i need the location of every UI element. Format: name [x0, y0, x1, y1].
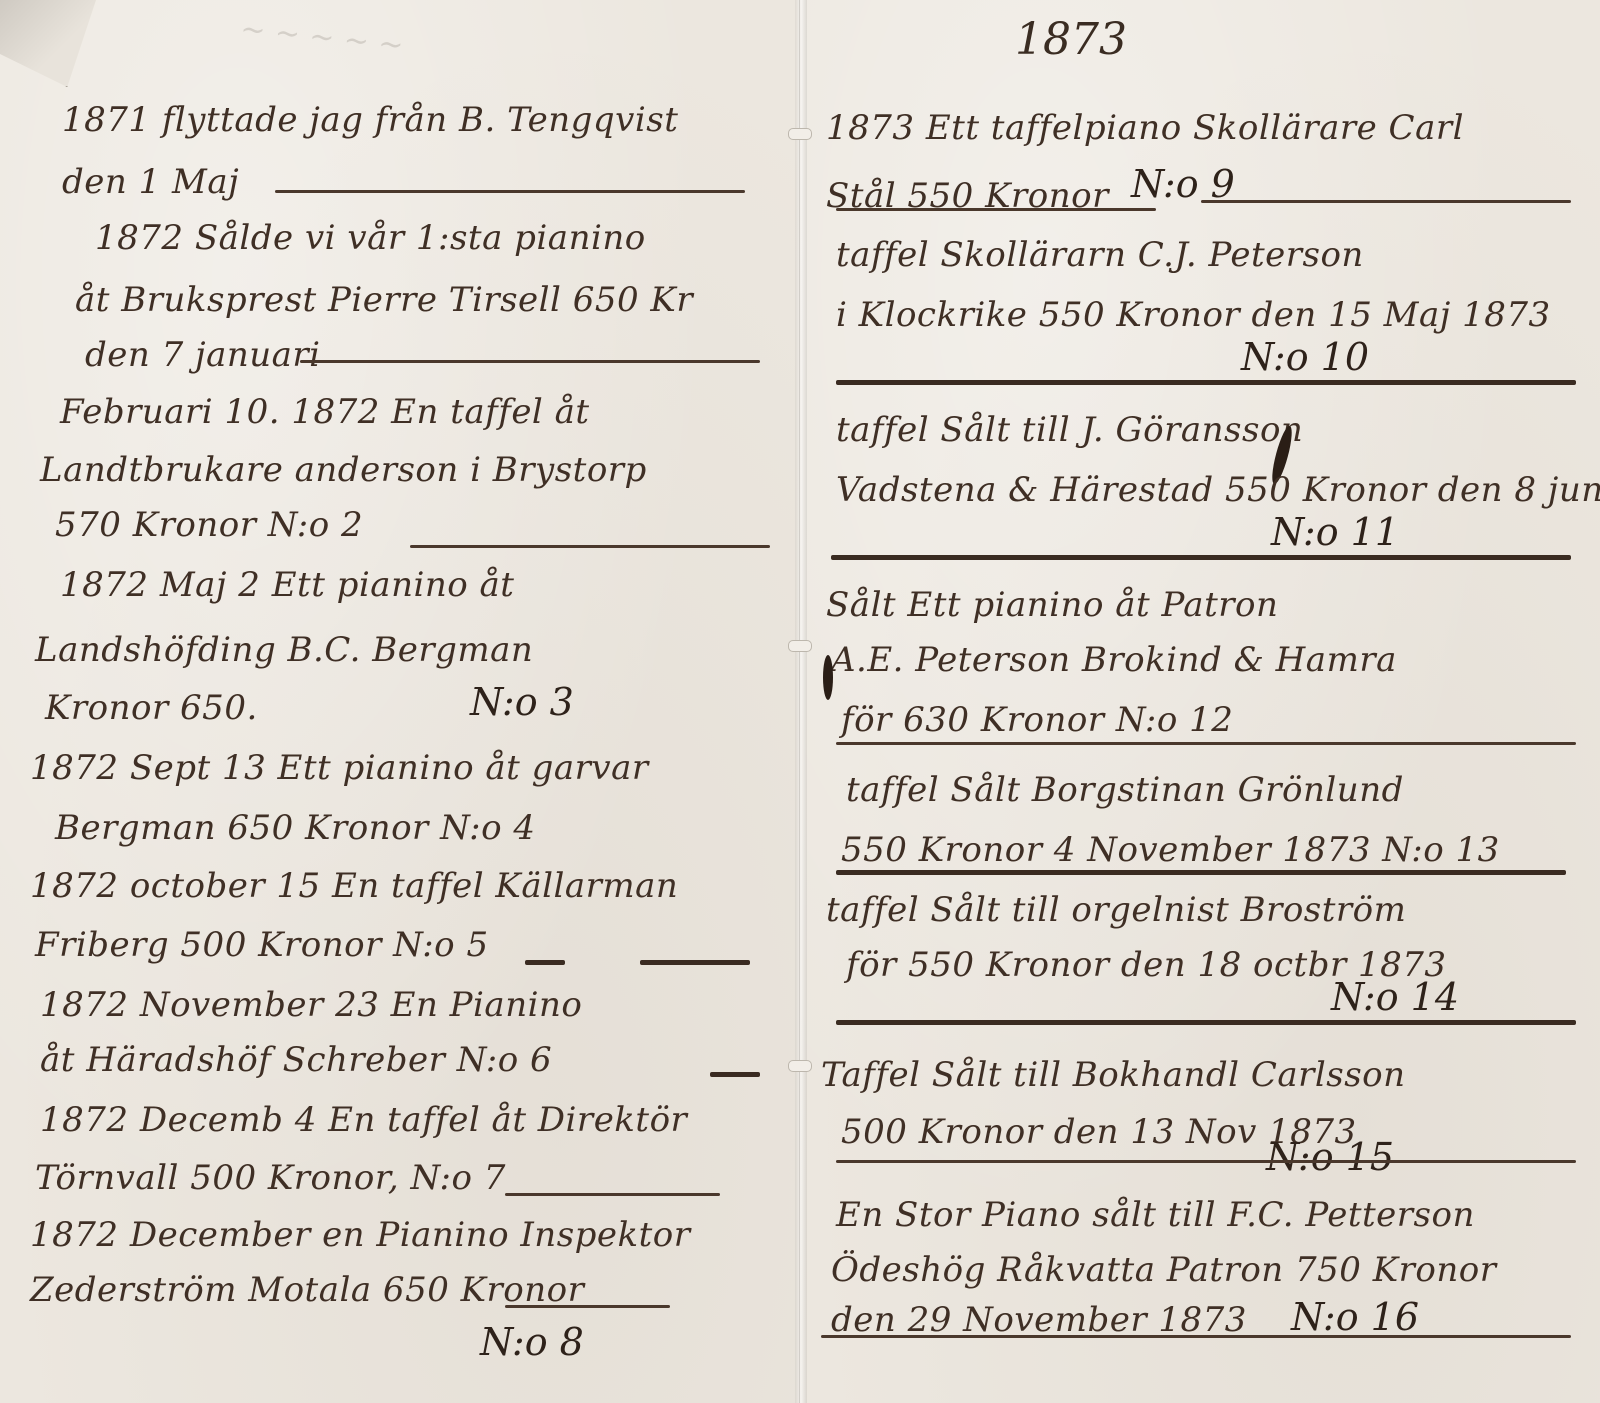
ledger-line: 1872 Sept 13 Ett pianino åt garvar: [30, 748, 649, 788]
ledger-line: En Stor Piano sålt till F.C. Petterson: [836, 1195, 1475, 1235]
entry-divider: [525, 960, 565, 965]
entry-number: N:o 3: [470, 680, 574, 724]
entry-divider: [821, 1335, 1571, 1338]
ledger-line: Törnvall 500 Kronor, N:o 7: [35, 1158, 506, 1198]
binding-stitch: [788, 128, 812, 140]
ledger-line: åt Bruksprest Pierre Tirsell 650 Kr: [75, 280, 693, 320]
entry-divider: [836, 1020, 1576, 1025]
ledger-line: taffel Sålt till J. Göransson: [836, 410, 1303, 450]
ledger-line: Februari 10. 1872 En taffel åt: [60, 392, 590, 432]
bleed-through-text: ∼ ∼ ∼ ∼ ∼: [239, 12, 406, 64]
ledger-line: 1872 November 23 En Pianino: [40, 985, 582, 1025]
ledger-line: åt Häradshöf Schreber N:o 6: [40, 1040, 552, 1080]
right-page: 1873 1873 Ett taffelpiano Skollärare Car…: [801, 0, 1600, 1403]
ledger-line: taffel Sålt till orgelnist Broström: [826, 890, 1406, 930]
page-year-heading: 1873: [1015, 14, 1127, 65]
entry-number: N:o 16: [1291, 1295, 1419, 1339]
entry-divider: [275, 190, 745, 193]
binding-stitch: [788, 640, 812, 652]
ledger-line: taffel Sålt Borgstinan Grönlund: [846, 770, 1404, 810]
ledger-line: Ödeshög Råkvatta Patron 750 Kronor: [831, 1250, 1496, 1290]
entry-divider: [710, 1072, 760, 1077]
ledger-line: Landshöfding B.C. Bergman: [35, 630, 533, 670]
folded-corner: [0, 0, 96, 87]
entry-divider: [505, 1193, 720, 1196]
ledger-line: den 1 Maj: [62, 162, 239, 202]
ledger-line: 1872 october 15 En taffel Källarman: [30, 866, 678, 906]
ledger-line: den 29 November 1873: [831, 1300, 1247, 1340]
ledger-line: 1873 Ett taffelpiano Skollärare Carl: [826, 108, 1464, 148]
ledger-line: i Klockrike 550 Kronor den 15 Maj 1873: [836, 295, 1551, 335]
ledger-line: 1872 Decemb 4 En taffel åt Direktör: [40, 1100, 687, 1140]
ledger-line: Landtbrukare anderson i Brystorp: [40, 450, 647, 490]
ledger-spread: ∼ ∼ ∼ ∼ ∼ 1871 flyttade jag från B. Teng…: [0, 0, 1600, 1403]
entry-divider: [300, 360, 760, 363]
ledger-line: 1871 flyttade jag från B. Tengqvist: [62, 100, 678, 140]
ledger-line: Kronor 650.: [45, 688, 258, 728]
entry-divider: [1201, 200, 1571, 203]
ledger-line: för 630 Kronor N:o 12: [841, 700, 1233, 740]
amount-underline: [505, 1305, 670, 1308]
entry-divider: [836, 1160, 1576, 1163]
left-page: ∼ ∼ ∼ ∼ ∼ 1871 flyttade jag från B. Teng…: [0, 0, 800, 1403]
ledger-line: den 7 januari: [85, 335, 321, 375]
ledger-line: 1872 Maj 2 Ett pianino åt: [60, 565, 514, 605]
entry-divider: [836, 380, 1576, 385]
ledger-line: Zederström Motala 650 Kronor: [30, 1270, 584, 1310]
ledger-line: 1872 December en Pianino Inspektor: [30, 1215, 691, 1255]
ledger-line: 1872 Sålde vi vår 1:sta pianino: [95, 218, 646, 258]
entry-divider: [831, 555, 1571, 560]
ledger-line: Sålt Ett pianino åt Patron: [826, 585, 1278, 625]
binding-stitch: [788, 1060, 812, 1072]
book-gutter: [795, 0, 807, 1403]
ledger-line: Vadstena & Härestad 550 Kronor den 8 jun…: [836, 470, 1600, 510]
entry-number: N:o 11: [1271, 510, 1399, 554]
ink-blot: [823, 655, 833, 700]
ledger-line: Taffel Sålt till Bokhandl Carlsson: [821, 1055, 1406, 1095]
entry-divider: [836, 208, 1156, 211]
ledger-line: 550 Kronor 4 November 1873 N:o 13: [841, 830, 1500, 870]
ledger-line: A.E. Peterson Brokind & Hamra: [831, 640, 1397, 680]
entry-number: N:o 15: [1266, 1135, 1394, 1179]
entry-number: N:o 8: [480, 1320, 584, 1364]
ledger-line: Friberg 500 Kronor N:o 5: [35, 925, 489, 965]
ledger-line: taffel Skollärarn C.J. Peterson: [836, 235, 1364, 275]
entry-divider: [410, 545, 770, 548]
entry-number: N:o 14: [1331, 975, 1459, 1019]
ledger-line: 570 Kronor N:o 2: [55, 505, 363, 545]
entry-divider: [836, 870, 1566, 875]
entry-divider: [640, 960, 750, 965]
entry-divider: [836, 742, 1576, 745]
ledger-line: Bergman 650 Kronor N:o 4: [55, 808, 536, 848]
entry-number: N:o 10: [1241, 335, 1369, 379]
